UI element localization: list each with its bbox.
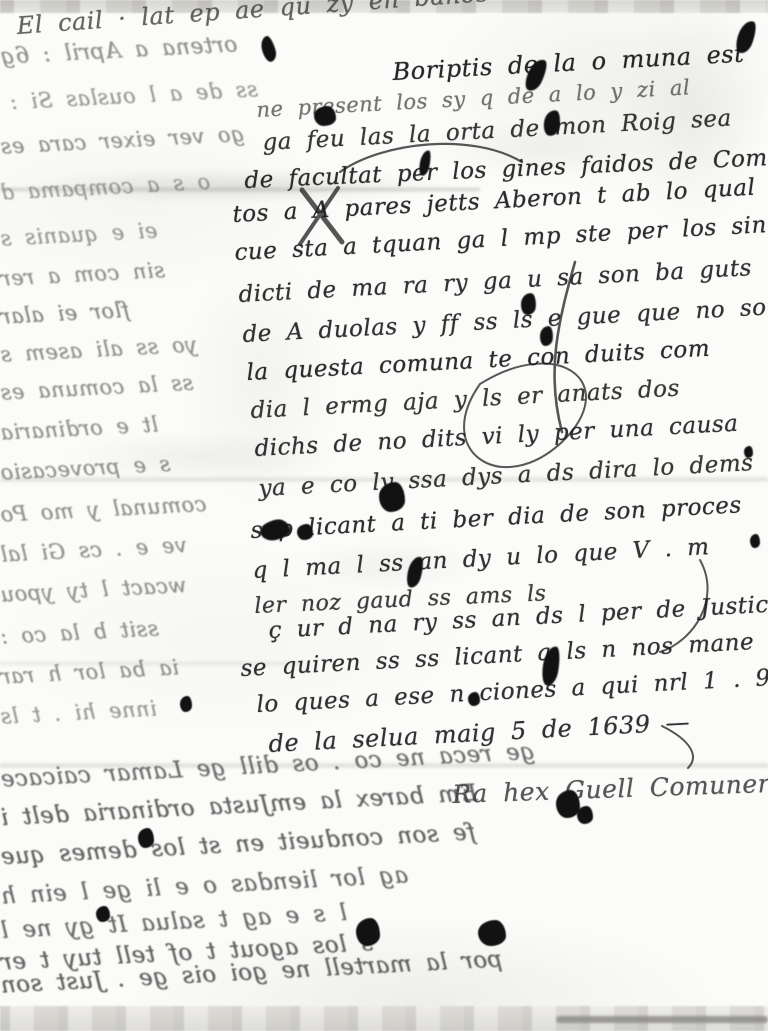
bleedthrough-line: go ver eixer cara es <box>0 123 258 157</box>
ink-blot <box>96 906 110 922</box>
bleedthrough-line: ia ba lor h rar <box>0 653 258 687</box>
ink-blot <box>138 828 154 848</box>
ink-blot <box>180 696 192 712</box>
ink-blot <box>744 446 753 458</box>
bleedthrough-line: comunal y mo Po <box>0 491 258 525</box>
ink-blot <box>379 482 405 512</box>
ink-blot <box>478 920 506 946</box>
manuscript-line: El cail · lat ep ae qu zy en banos : 6 <box>16 0 544 38</box>
bleedthrough-line: inne hi . t ls <box>0 693 258 727</box>
ink-blot <box>750 534 760 548</box>
manuscript-line: Ra hex Guell Comuner <box>452 771 768 807</box>
bleedthrough-line: ortena a April : 6g <box>0 33 258 68</box>
ink-blot <box>259 35 278 63</box>
ink-blot <box>356 918 380 946</box>
bleedthrough-line: ei e quanis s <box>0 215 258 249</box>
bleedthrough-line: ssit b la co : <box>0 613 258 647</box>
bleedthrough-line: ss de a l ouslas Si : al <box>0 79 258 113</box>
ink-blot <box>468 692 480 706</box>
bleedthrough-line: wcact l ty ypou <box>0 571 258 605</box>
manuscript-page: ortena a April : 6gss de a l ouslas Si :… <box>0 0 768 1031</box>
manuscript-line: q l ma l ss an dy u lo que V . m <box>252 536 710 583</box>
scan-edge-dark-streak <box>556 1016 768 1023</box>
ink-blot <box>314 106 336 126</box>
ink-blot <box>577 806 593 824</box>
ink-blot <box>297 524 313 540</box>
bleedthrough-line: ve e . cs Gi lal <box>0 531 258 565</box>
